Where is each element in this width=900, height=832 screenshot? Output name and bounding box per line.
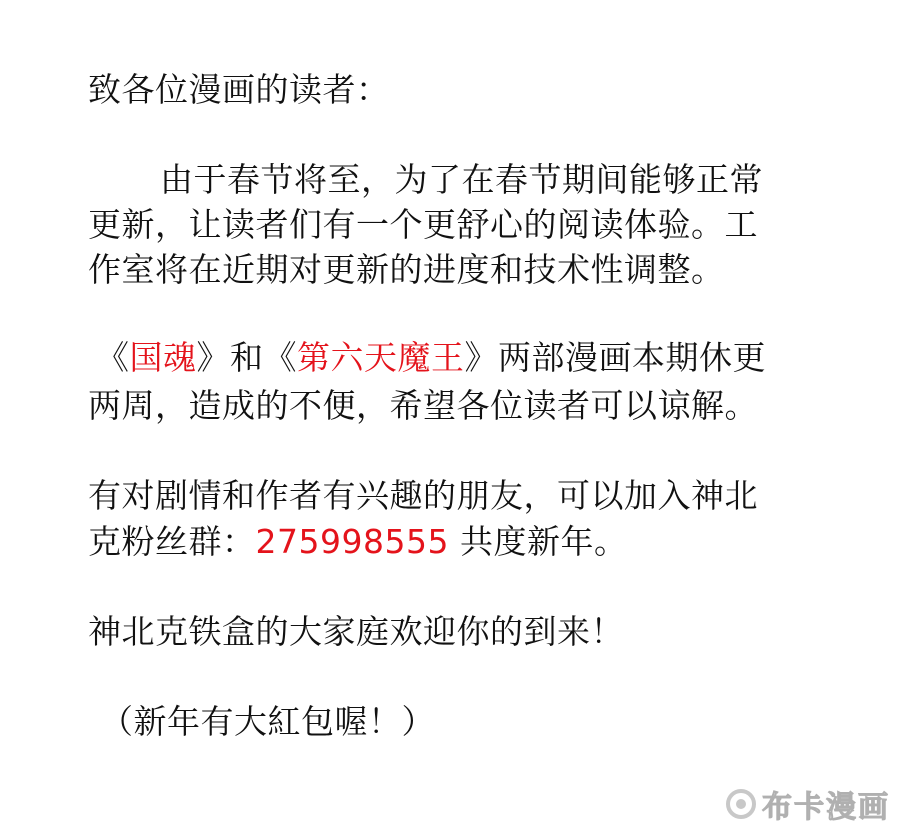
quote-open: 《 xyxy=(264,338,298,377)
paragraph1-line3: 作室将在近期对更新的进度和技术性调整。 xyxy=(88,250,725,290)
greeting: 致各位漫画的读者： xyxy=(88,70,390,110)
paragraph3-suffix: 共度新年。 xyxy=(449,522,628,561)
paragraph1-line1: 由于春节将至，为了在春节期间能够正常 xyxy=(160,160,763,200)
paragraph2-line2: 两周，造成的不便，希望各位读者可以谅解。 xyxy=(88,386,758,426)
comic-title-dairokuten-maou: 第六天魔王 xyxy=(297,338,465,377)
paragraph3-line1: 有对剧情和作者有兴趣的朋友，可以加入神北 xyxy=(88,476,758,516)
comic-title-guohun: 国魂 xyxy=(130,338,197,377)
quote-open: 《 xyxy=(96,338,130,377)
watermark: 布卡漫画 xyxy=(726,782,890,826)
watermark-text: 布卡漫画 xyxy=(762,782,890,826)
fan-group-number: 275998555 xyxy=(256,522,449,561)
paragraph2-rest: 》两部漫画本期休更 xyxy=(465,338,767,377)
quote-close-and: 》和 xyxy=(197,338,264,377)
paragraph2-line1: 《国魂》和《第六天魔王》两部漫画本期休更 xyxy=(96,338,766,378)
bubble-eye-icon xyxy=(726,789,756,819)
paragraph5: （新年有大紅包喔！） xyxy=(100,702,435,742)
paragraph4: 神北克铁盒的大家庭欢迎你的到来！ xyxy=(88,612,624,652)
paragraph3-line2: 克粉丝群：275998555 共度新年。 xyxy=(88,522,627,562)
fan-group-label: 克粉丝群： xyxy=(88,522,256,561)
paragraph1-line2: 更新，让读者们有一个更舒心的阅读体验。工 xyxy=(88,205,758,245)
